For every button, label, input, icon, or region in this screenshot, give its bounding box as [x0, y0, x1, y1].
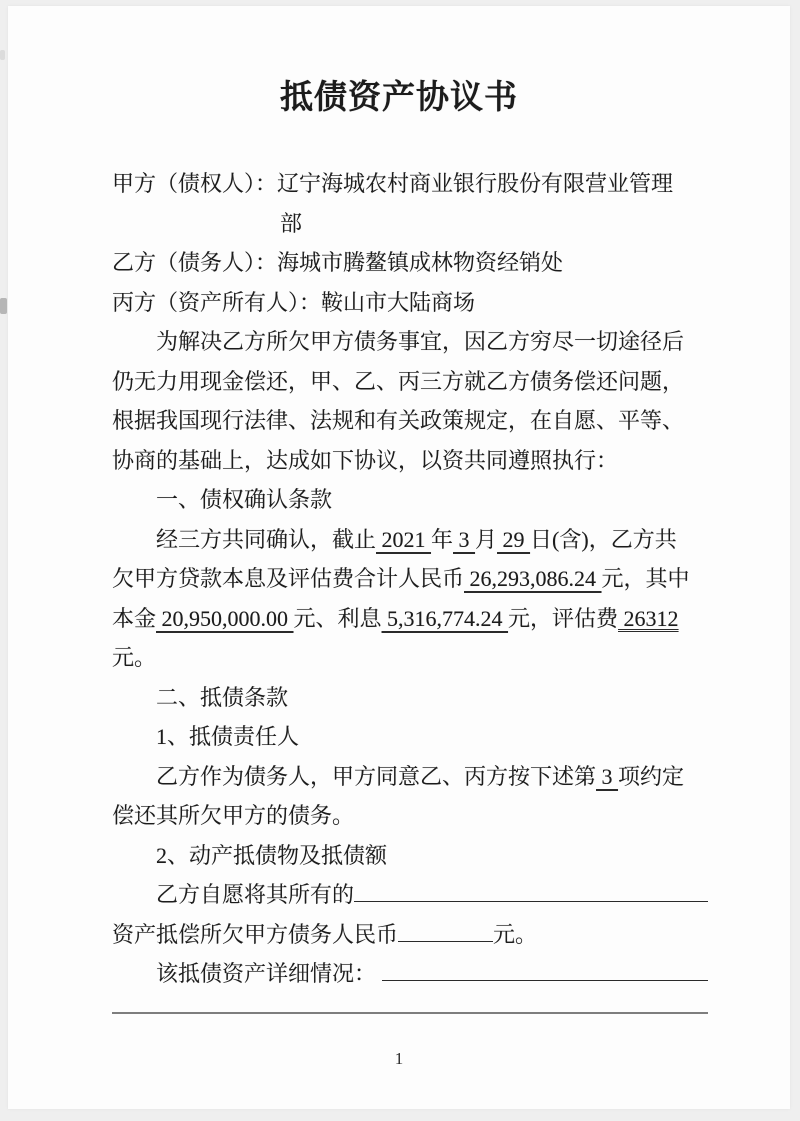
text-segment: 3: [596, 757, 618, 797]
text-segment: 资产抵偿所欠甲方债务人民币: [112, 915, 398, 955]
party-c-line: 丙方（资产所有人）：鞍山市大陆商场: [112, 283, 708, 323]
clause-2-2-line-2: 资产抵偿所欠甲方债务人民币元。: [112, 915, 708, 955]
document-body: 甲方（债权人）：辽宁海城农村商业银行股份有限营业管理部乙方（债务人）：海城市腾鳌…: [112, 164, 708, 1033]
text-segment: 2021: [376, 520, 431, 560]
text-segment: 2、动产抵债物及抵债额: [156, 836, 387, 876]
text-segment: 丙方（资产所有人）：鞍山市大陆商场: [112, 283, 475, 323]
debt-confirmation-line-4: 元。: [112, 638, 708, 678]
preamble-line-2: 仍无力用现金偿还，甲、乙、丙三方就乙方债务偿还问题，: [112, 362, 708, 402]
scan-background: { "colors": { "paper": "#fdfdfd", "frame…: [0, 0, 800, 1121]
text-segment: 元。: [112, 638, 156, 678]
text-segment: 协商的基础上，达成如下协议，以资共同遵照执行：: [112, 441, 618, 481]
text-segment: 偿还其所欠甲方的债务。: [112, 796, 354, 836]
text-segment: 欠甲方贷款本息及评估费合计人民币: [112, 559, 464, 599]
text-segment: 年: [431, 520, 453, 560]
section-1-heading: 一、债权确认条款: [112, 480, 708, 520]
text-segment: 乙方作为债务人，甲方同意乙、丙方按下述第: [156, 757, 596, 797]
text-segment: 部: [280, 204, 302, 244]
page-number: 1: [8, 1049, 790, 1069]
text-segment: 26,293,086.24: [464, 559, 602, 599]
blank-underline: [382, 980, 708, 981]
scan-artifact: [0, 298, 7, 314]
text-segment: 乙方自愿将其所有的: [156, 875, 354, 915]
text-segment: 3: [453, 520, 475, 560]
text-segment: 1、抵债责任人: [156, 717, 299, 757]
text-segment: 经三方共同确认，截止: [156, 520, 376, 560]
asset-detail-line: 该抵债资产详细情况：: [112, 954, 708, 994]
asset-detail-blank-line: [112, 994, 708, 1034]
document-title: 抵债资产协议书: [8, 74, 790, 122]
section-2-heading: 二、抵债条款: [112, 678, 708, 718]
text-segment: 甲方（债权人）：辽宁海城农村商业银行股份有限营业管理: [112, 164, 673, 204]
text-segment: 仍无力用现金偿还，甲、乙、丙三方就乙方债务偿还问题，: [112, 362, 684, 402]
text-segment: 5,316,774.24: [382, 599, 509, 639]
blank-underline: [354, 901, 708, 902]
text-segment: 二、抵债条款: [156, 678, 288, 718]
clause-2-1-line-2: 偿还其所欠甲方的债务。: [112, 796, 708, 836]
preamble-line-4: 协商的基础上，达成如下协议，以资共同遵照执行：: [112, 441, 708, 481]
document-page: 抵债资产协议书 甲方（债权人）：辽宁海城农村商业银行股份有限营业管理部乙方（债务…: [8, 6, 790, 1109]
text-segment: 20,950,000.00: [156, 599, 294, 639]
text-segment: 根据我国现行法律、法规和有关政策规定，在自愿、平等、: [112, 401, 684, 441]
clause-2-2-line-1: 乙方自愿将其所有的: [112, 875, 708, 915]
party-a-line: 甲方（债权人）：辽宁海城农村商业银行股份有限营业管理: [112, 164, 708, 204]
preamble-line-3: 根据我国现行法律、法规和有关政策规定，在自愿、平等、: [112, 401, 708, 441]
clause-2-2-heading: 2、动产抵债物及抵债额: [112, 836, 708, 876]
debt-confirmation-line-3: 本金 20,950,000.00 元、利息 5,316,774.24 元，评估费…: [112, 599, 708, 639]
text-segment: 本金: [112, 599, 156, 639]
text-segment: 该抵债资产详细情况：: [156, 954, 382, 994]
text-segment: 26312: [618, 599, 679, 639]
text-segment: 月: [475, 520, 497, 560]
text-segment: 乙方（债务人）：海城市腾鳌镇成林物资经销处: [112, 243, 563, 283]
scan-artifact: [0, 50, 5, 60]
clause-2-1-line-1: 乙方作为债务人，甲方同意乙、丙方按下述第 3 项约定: [112, 757, 708, 797]
debt-confirmation-line-2: 欠甲方贷款本息及评估费合计人民币 26,293,086.24 元，其中: [112, 559, 708, 599]
text-segment: 日(含)，乙方共: [530, 520, 677, 560]
party-a-line-wrap: 部: [112, 204, 708, 244]
text-segment: 元，评估费: [508, 599, 618, 639]
text-segment: 元、利息: [294, 599, 382, 639]
text-segment: 元，其中: [602, 559, 690, 599]
text-segment: 为解决乙方所欠甲方债务事宜，因乙方穷尽一切途径后: [156, 322, 684, 362]
text-segment: 项约定: [618, 757, 684, 797]
horizontal-rule: [112, 1012, 708, 1014]
debt-confirmation-line-1: 经三方共同确认，截止 2021 年 3 月 29 日(含)，乙方共: [112, 520, 708, 560]
party-b-line: 乙方（债务人）：海城市腾鳌镇成林物资经销处: [112, 243, 708, 283]
clause-2-1-heading: 1、抵债责任人: [112, 717, 708, 757]
blank-underline: [398, 941, 493, 942]
preamble-line-1: 为解决乙方所欠甲方债务事宜，因乙方穷尽一切途径后: [112, 322, 708, 362]
text-segment: 元。: [493, 915, 537, 955]
text-segment: 29: [497, 520, 530, 560]
text-segment: 一、债权确认条款: [156, 480, 332, 520]
